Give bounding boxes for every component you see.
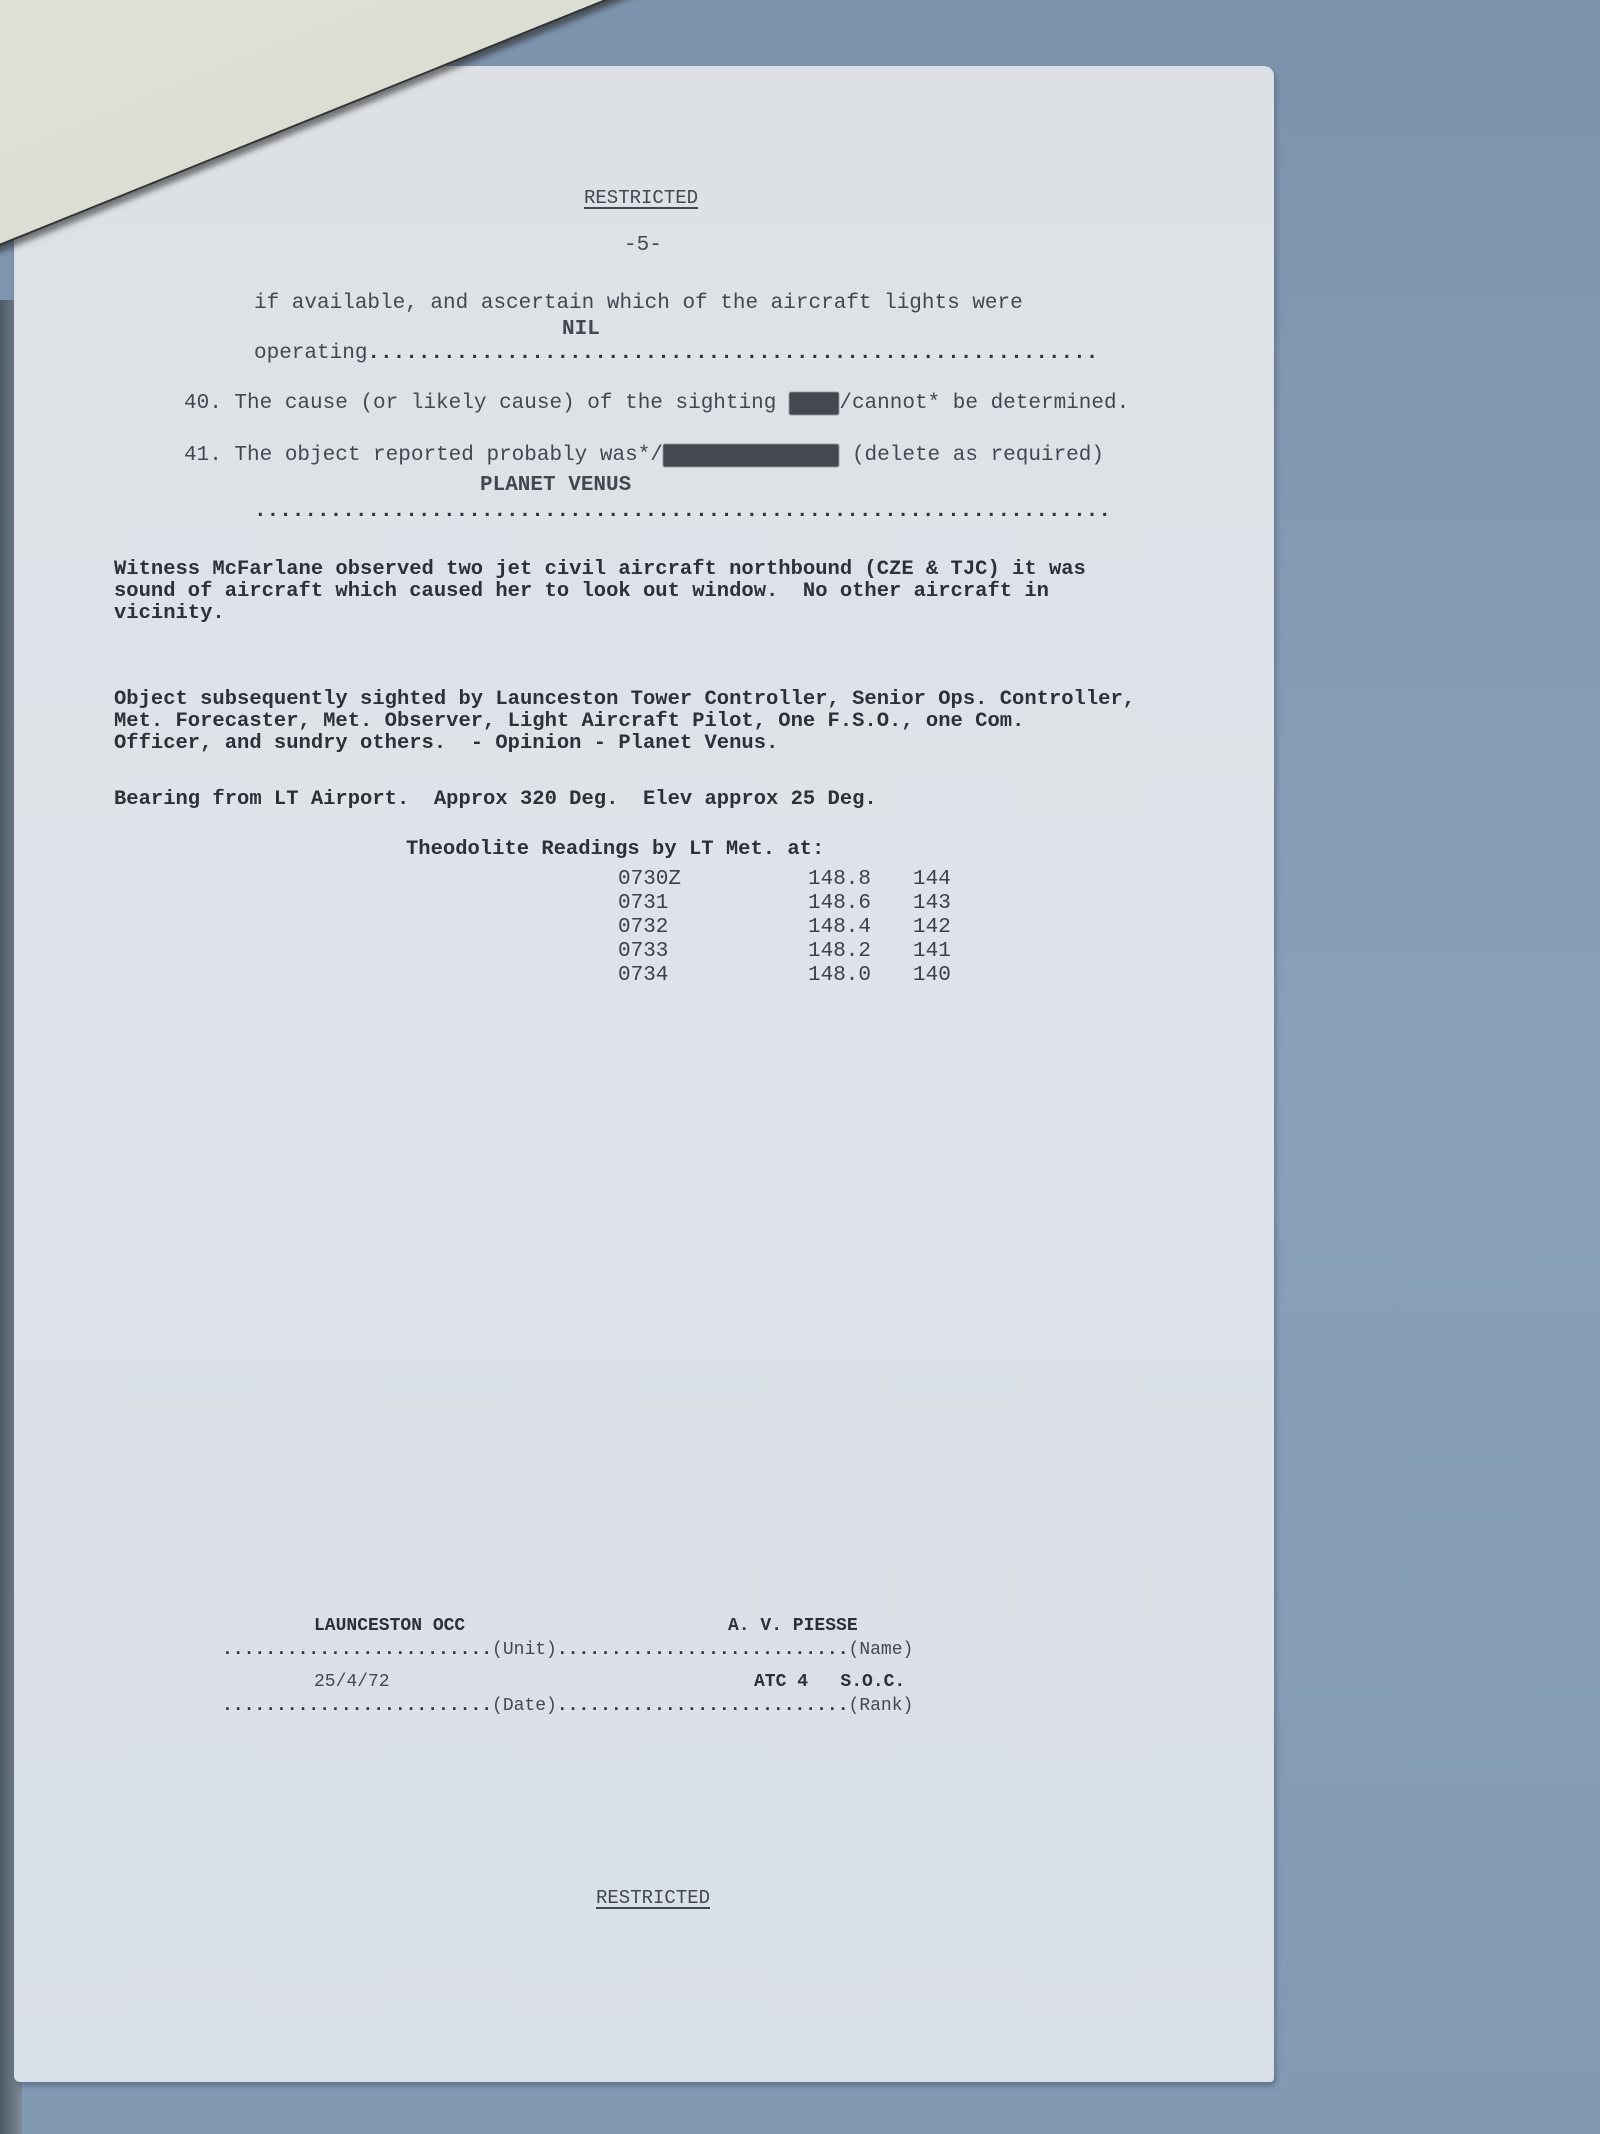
reading-azimuth: 148.8 xyxy=(808,868,913,892)
item-41-text: The object reported probably was*/ xyxy=(234,444,662,467)
reading-time: 0734 xyxy=(618,964,808,988)
item-41-answer: PLANET VENUS xyxy=(480,474,631,498)
sighted-line-3: Officer, and sundry others. - Opinion - … xyxy=(114,732,778,756)
reading-time: 0732 xyxy=(618,916,808,940)
witness-line-2: sound of aircraft which caused her to lo… xyxy=(114,580,1049,604)
reading-azimuth: 148.0 xyxy=(808,964,913,988)
theodolite-heading: Theodolite Readings by LT Met. at: xyxy=(406,838,824,862)
dotted-leader: ......................... xyxy=(222,1696,492,1716)
reading-time: 0731 xyxy=(618,892,808,916)
unit-value: LAUNCESTON OCC xyxy=(314,1614,465,1638)
reading-time: 0730Z xyxy=(618,868,808,892)
sighted-line-1: Object subsequently sighted by Launcesto… xyxy=(114,688,1135,712)
item-41-dotted-line: ........................................… xyxy=(254,500,1111,524)
name-value: A. V. PIESSE xyxy=(728,1614,858,1638)
item-40-text: The cause (or likely cause) of the sight… xyxy=(234,392,789,415)
theodolite-table: 0730Z148.8144 0731148.6143 0732148.4142 … xyxy=(618,868,973,988)
item-41-redacted-option: may have been* xyxy=(663,444,839,467)
date-value: 25/4/72 xyxy=(314,1670,390,1694)
witness-line-3: vicinity. xyxy=(114,602,225,626)
reading-value: 142 xyxy=(913,916,973,940)
item-40-redacted-option: can* xyxy=(789,392,839,415)
operating-label: operating xyxy=(254,342,367,365)
rank-label: (Rank) xyxy=(849,1696,914,1716)
item-41: 41. The object reported probably was*/ma… xyxy=(184,444,1104,468)
item-41-number: 41. xyxy=(184,444,222,467)
dotted-leader: ........................... xyxy=(557,1640,849,1660)
table-row: 0731148.6143 xyxy=(618,892,973,916)
name-label: (Name) xyxy=(849,1640,914,1660)
unit-name-line: .........................(Unit).........… xyxy=(222,1638,913,1662)
reading-time: 0733 xyxy=(618,940,808,964)
reading-azimuth: 148.4 xyxy=(808,916,913,940)
operating-answer: NIL xyxy=(562,318,600,342)
table-row: 0732148.4142 xyxy=(618,916,973,940)
classification-header: RESTRICTED xyxy=(584,186,698,210)
rank-value: ATC 4 S.O.C. xyxy=(754,1670,905,1694)
classification-footer: RESTRICTED xyxy=(596,1886,710,1910)
witness-line-1: Witness McFarlane observed two jet civil… xyxy=(114,558,1086,582)
reading-value: 140 xyxy=(913,964,973,988)
item-41-text-after: (delete as required) xyxy=(839,444,1104,467)
sighted-line-2: Met. Forecaster, Met. Observer, Light Ai… xyxy=(114,710,1024,734)
page-number: -5- xyxy=(624,234,662,258)
document-page: RESTRICTED -5- if available, and ascerta… xyxy=(14,66,1274,2082)
dotted-leader: ........................... xyxy=(557,1696,849,1716)
table-row: 0733148.2141 xyxy=(618,940,973,964)
dotted-leader: ......................... xyxy=(222,1640,492,1660)
reading-value: 144 xyxy=(913,868,973,892)
unit-label: (Unit) xyxy=(492,1640,557,1660)
continuation-line: if available, and ascertain which of the… xyxy=(254,292,1023,316)
item-40-text-after: /cannot* be determined. xyxy=(839,392,1129,415)
item-40: 40. The cause (or likely cause) of the s… xyxy=(184,392,1129,416)
reading-value: 143 xyxy=(913,892,973,916)
dotted-leader: ........................................… xyxy=(367,342,1098,365)
date-rank-line: .........................(Date).........… xyxy=(222,1694,913,1718)
reading-value: 141 xyxy=(913,940,973,964)
reading-azimuth: 148.6 xyxy=(808,892,913,916)
date-label: (Date) xyxy=(492,1696,557,1716)
table-row: 0730Z148.8144 xyxy=(618,868,973,892)
item-40-number: 40. xyxy=(184,392,222,415)
table-row: 0734148.0140 xyxy=(618,964,973,988)
bearing-line: Bearing from LT Airport. Approx 320 Deg.… xyxy=(114,788,877,812)
reading-azimuth: 148.2 xyxy=(808,940,913,964)
operating-field: operating...............................… xyxy=(254,342,1098,366)
